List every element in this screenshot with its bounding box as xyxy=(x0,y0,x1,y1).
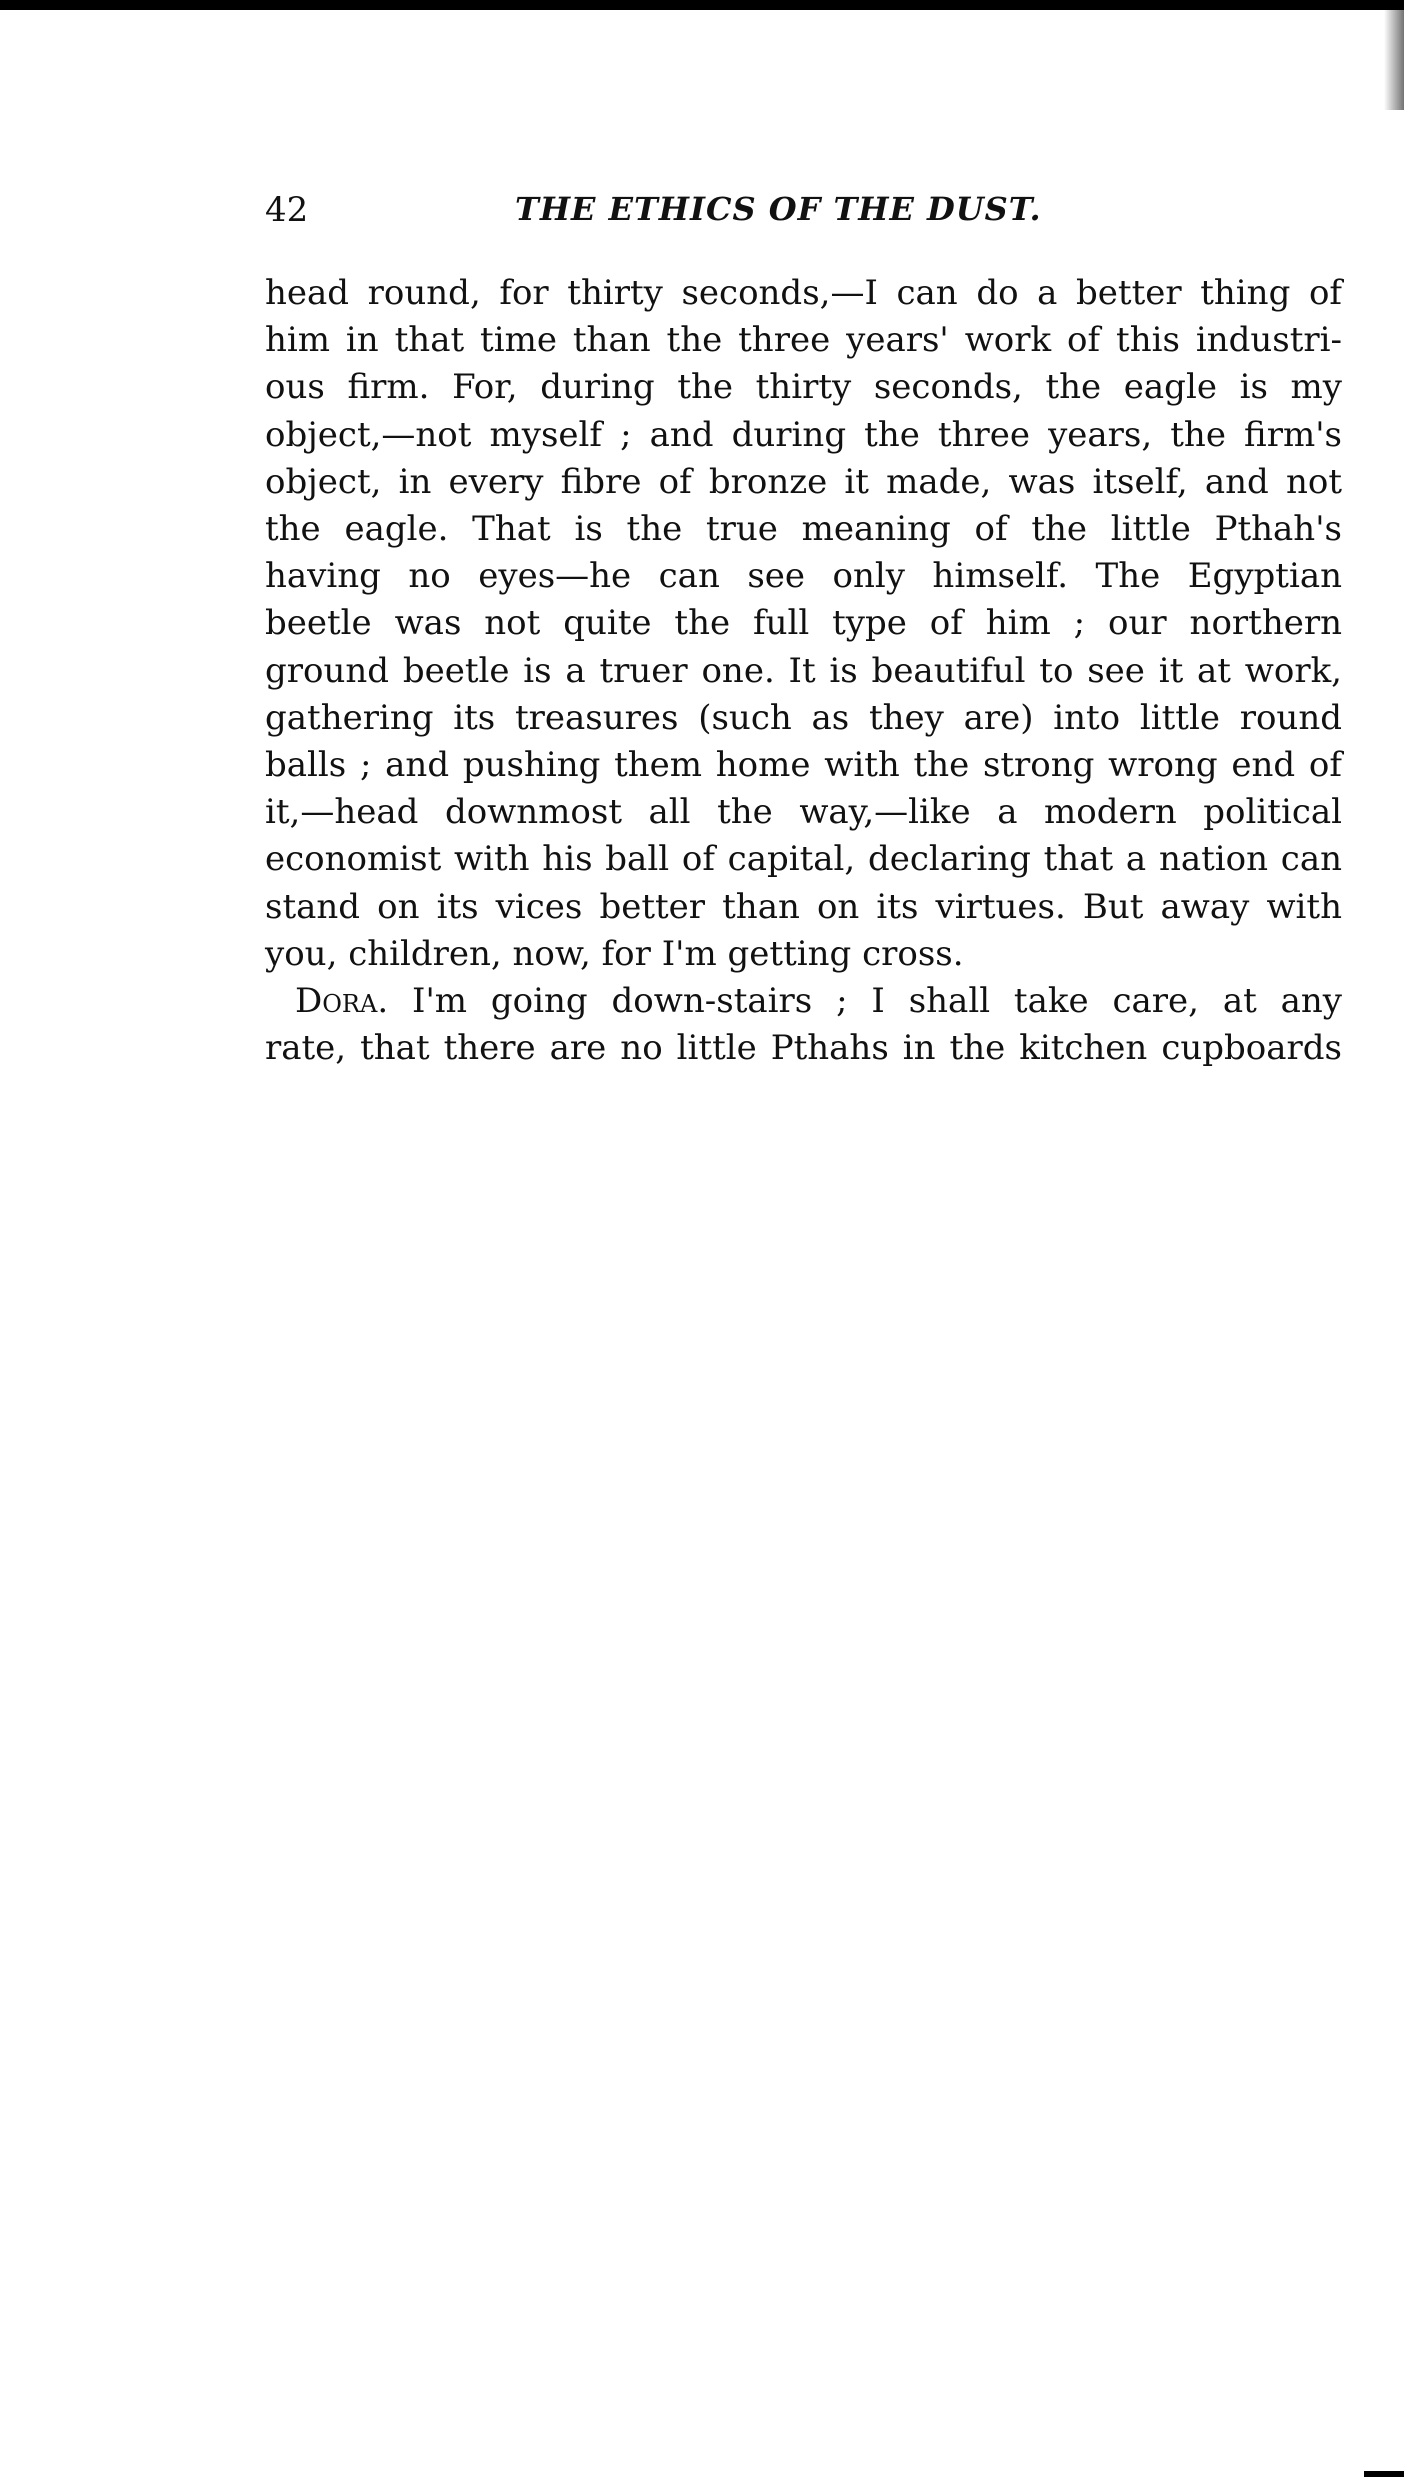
text-line: the eagle. That is the true meaning of t… xyxy=(265,506,1342,553)
paragraph: head round, for thirty seconds,—I can do… xyxy=(265,270,1342,978)
paragraph-dialogue: Dora. I'm going down-stairs ; I shall ta… xyxy=(265,978,1342,1072)
text-line: Dora. I'm going down-stairs ; I shall ta… xyxy=(265,978,1342,1025)
text-line: it,—head downmost all the way,—like a mo… xyxy=(265,789,1342,836)
text-line: economist with his ball of capital, decl… xyxy=(265,836,1342,883)
speaker-name: Dora. xyxy=(295,981,388,1021)
scan-corner-shadow xyxy=(1384,0,1404,110)
text-line: object, in every fibre of bronze it made… xyxy=(265,459,1342,506)
scan-bottom-edge xyxy=(1364,2471,1404,2477)
page-number: 42 xyxy=(265,190,308,230)
dialogue-text: I'm going down-stairs ; I shall take car… xyxy=(388,981,1342,1021)
running-title: THE ETHICS OF THE DUST. xyxy=(515,190,1042,228)
text-line: rate, that there are no little Pthahs in… xyxy=(265,1025,1342,1072)
text-line: having no eyes—he can see only himself. … xyxy=(265,553,1342,600)
scan-top-edge xyxy=(0,0,1404,10)
text-line: object,—not myself ; and during the thre… xyxy=(265,412,1342,459)
text-line: beetle was not quite the full type of hi… xyxy=(265,600,1342,647)
text-line: ous firm. For, during the thirty seconds… xyxy=(265,364,1342,411)
text-line: gathering its treasures (such as they ar… xyxy=(265,695,1342,742)
text-line: stand on its vices better than on its vi… xyxy=(265,884,1342,931)
text-line: ground beetle is a truer one. It is beau… xyxy=(265,648,1342,695)
text-line: balls ; and pushing them home with the s… xyxy=(265,742,1342,789)
page-header: 42 THE ETHICS OF THE DUST. xyxy=(265,190,1342,240)
body-text: head round, for thirty seconds,—I can do… xyxy=(265,270,1342,1072)
text-line: head round, for thirty seconds,—I can do… xyxy=(265,270,1342,317)
book-page: 42 THE ETHICS OF THE DUST. head round, f… xyxy=(265,190,1342,1072)
text-line: you, children, now, for I'm getting cros… xyxy=(265,931,1342,978)
text-line: him in that time than the three years' w… xyxy=(265,317,1342,364)
